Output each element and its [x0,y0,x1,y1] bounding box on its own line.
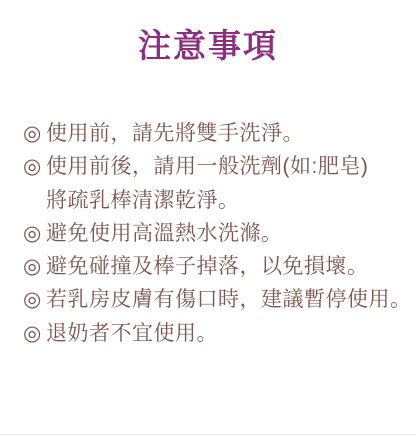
note-item: ◎ 若乳房皮膚有傷口時，建議暫停使用。 [23,283,412,316]
note-line: 使用前後，請用一般洗劑(如:肥皂) [46,150,412,183]
note-line: 將疏乳棒清潔乾淨。 [46,184,412,217]
bullseye-bullet-icon: ◎ [23,250,46,283]
note-line: 退奶者不宜使用。 [46,317,412,350]
note-line: 使用前，請先將雙手洗淨。 [46,117,412,150]
bullseye-bullet-icon: ◎ [23,317,46,350]
note-item: ◎ 使用前，請先將雙手洗淨。 [23,117,412,150]
note-line: 避免使用高溫熱水洗滌。 [46,217,412,250]
bullseye-bullet-icon: ◎ [23,117,46,150]
bottom-divider [0,434,416,435]
note-line: 若乳房皮膚有傷口時，建議暫停使用。 [46,283,412,316]
note-item: ◎ 避免使用高溫熱水洗滌。 [23,217,412,250]
bullseye-bullet-icon: ◎ [23,283,46,316]
note-item: ◎ 使用前後，請用一般洗劑(如:肥皂) 將疏乳棒清潔乾淨。 [23,150,412,217]
note-item: ◎ 退奶者不宜使用。 [23,317,412,350]
precautions-page: 注意事項 ◎ 使用前，請先將雙手洗淨。 ◎ 使用前後，請用一般洗劑(如:肥皂) … [0,0,416,437]
page-title: 注意事項 [0,0,416,65]
note-item: ◎ 避免碰撞及棒子掉落，以免損壞。 [23,250,412,283]
note-line: 避免碰撞及棒子掉落，以免損壞。 [46,250,412,283]
bullseye-bullet-icon: ◎ [23,217,46,250]
notes-list: ◎ 使用前，請先將雙手洗淨。 ◎ 使用前後，請用一般洗劑(如:肥皂) 將疏乳棒清… [0,117,416,350]
bullseye-bullet-icon: ◎ [23,150,46,183]
